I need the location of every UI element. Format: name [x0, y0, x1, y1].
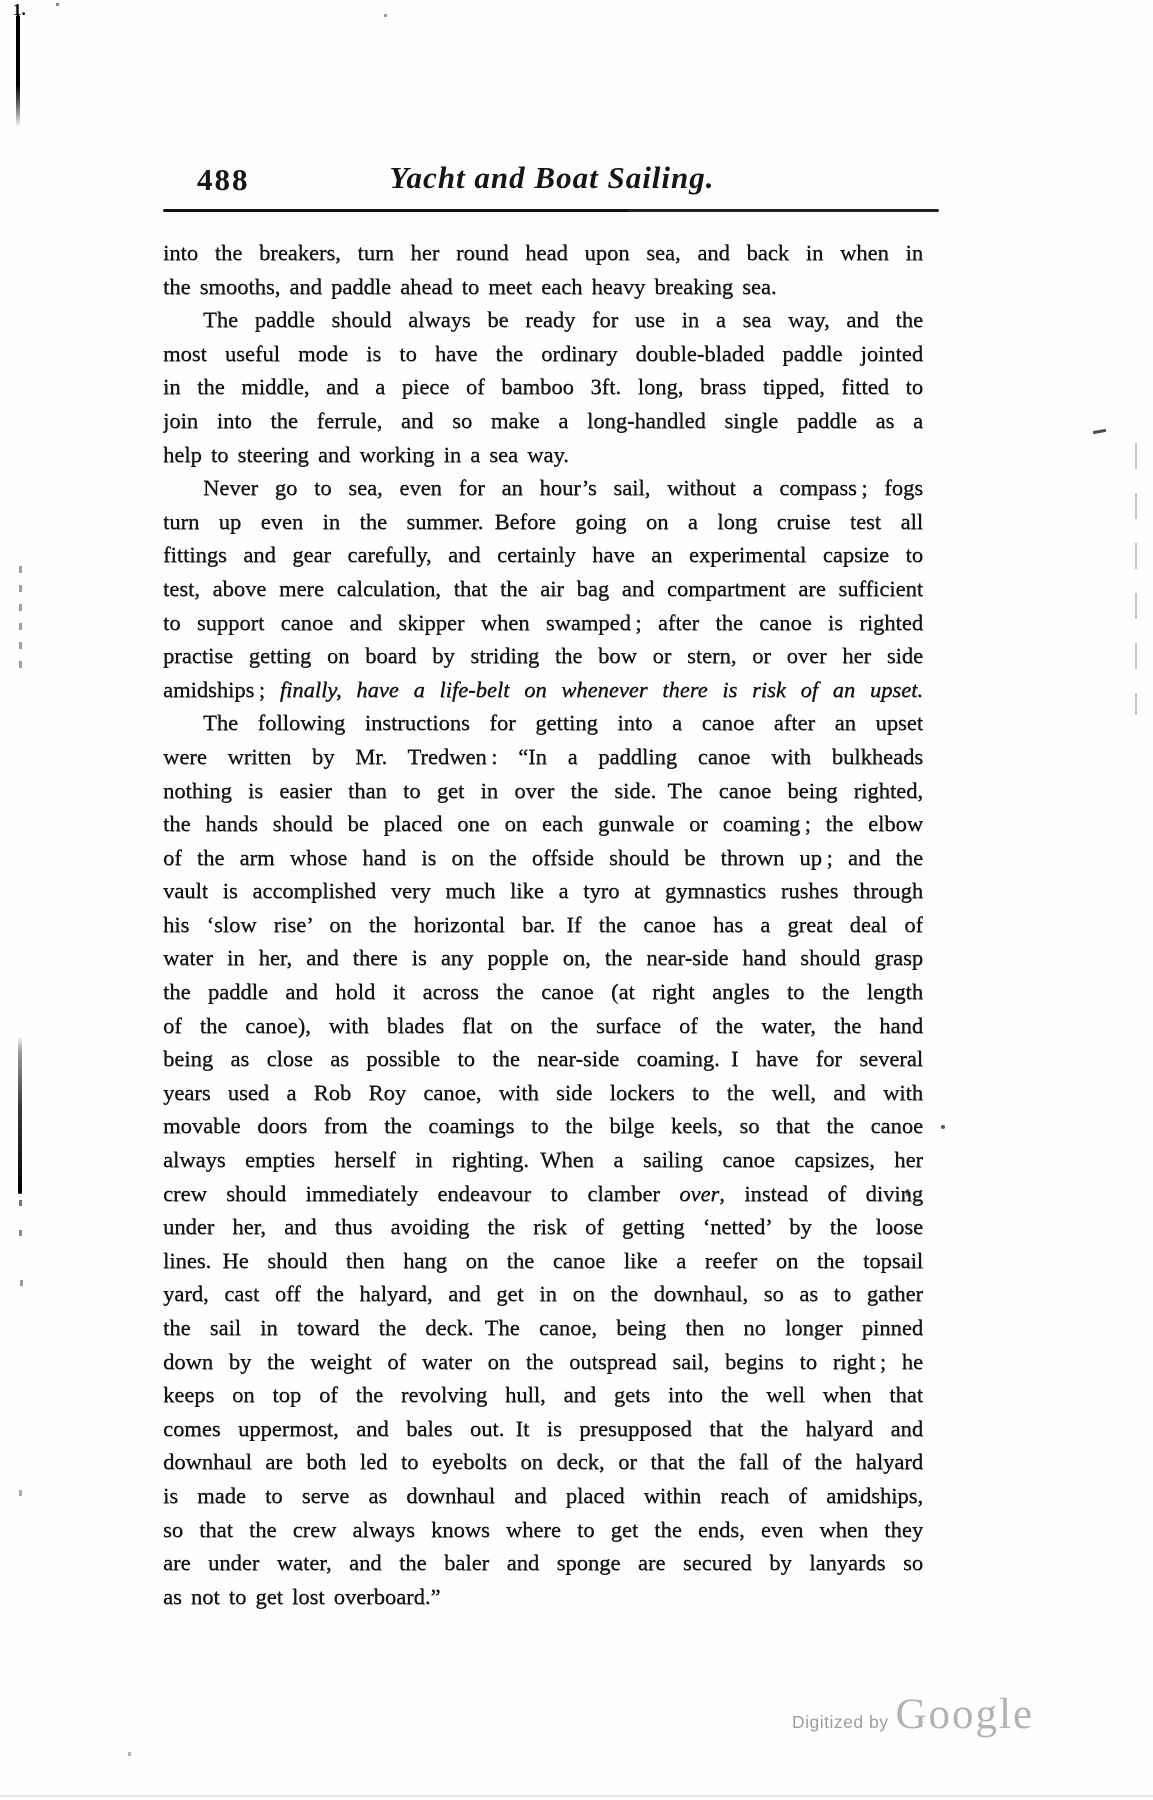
scan-artifact-dot	[128, 1752, 131, 1756]
text-line: were written by Mr. Tredwen : “In a padd…	[163, 740, 923, 774]
scan-artifact-streak	[18, 1036, 22, 1194]
text-line: crew should immediately endeavour to cla…	[163, 1177, 923, 1211]
text-line: of the canoe), with blades flat on the s…	[163, 1009, 923, 1043]
scan-artifact-streak	[16, 15, 20, 127]
text-line: of the arm whose hand is on the offside …	[163, 841, 923, 875]
scan-artifact-dot	[56, 3, 59, 6]
scan-artifact-dash	[1093, 429, 1106, 434]
header-rule	[163, 209, 939, 212]
google-watermark: Digitized by Google	[792, 1690, 1034, 1739]
page-text: into the breakers, turn her round head u…	[163, 236, 923, 1613]
scan-artifact-specks	[19, 1200, 22, 1206]
text-line: years used a Rob Roy canoe, with side lo…	[163, 1076, 923, 1110]
text-line: the sail in toward the deck. The canoe, …	[163, 1311, 923, 1345]
text-line: as not to get lost overboard.”	[163, 1580, 923, 1614]
text-segment: amidships ;	[163, 677, 280, 702]
text-line: The following instructions for getting i…	[163, 706, 923, 740]
text-line: so that the crew always knows where to g…	[163, 1513, 923, 1547]
scan-edge-line	[0, 1795, 1153, 1797]
text-line: in the middle, and a piece of bamboo 3ft…	[163, 370, 923, 404]
text-line: comes uppermost, and bales out. It is pr…	[163, 1412, 923, 1446]
digitized-by-label: Digitized by	[792, 1712, 888, 1733]
text-segment-italic: finally, have a life-belt on whenever th…	[280, 677, 923, 702]
text-line: being as close as possible to the near-s…	[163, 1042, 923, 1076]
text-line: his ‘slow rise’ on the horizontal bar. I…	[163, 908, 923, 942]
text-line: the paddle and hold it across the canoe …	[163, 975, 923, 1009]
text-line: yard, cast off the halyard, and get in o…	[163, 1277, 923, 1311]
text-line: is made to serve as downhaul and placed …	[163, 1479, 923, 1513]
text-line: always empties herself in righting. When…	[163, 1143, 923, 1177]
text-line: turn up even in the summer. Before going…	[163, 505, 923, 539]
text-line: join into the ferrule, and so make a lon…	[163, 404, 923, 438]
text-line: keeps on top of the revolving hull, and …	[163, 1378, 923, 1412]
text-line: the smooths, and paddle ahead to meet ea…	[163, 270, 923, 304]
text-line: vault is accomplished very much like a t…	[163, 874, 923, 908]
page-header: 488 Yacht and Boat Sailing.	[163, 160, 941, 198]
scan-artifact-margin-dashes	[1135, 443, 1137, 715]
text-line: down by the weight of water on the outsp…	[163, 1345, 923, 1379]
scan-artifact-dot	[941, 1125, 945, 1129]
text-line: nothing is easier than to get in over th…	[163, 774, 923, 808]
google-logo: Google	[895, 1690, 1034, 1739]
text-line: lines. He should then hang on the canoe …	[163, 1244, 923, 1278]
running-title: Yacht and Boat Sailing.	[163, 160, 941, 196]
text-line: help to steering and working in a sea wa…	[163, 438, 923, 472]
text-line: most useful mode is to have the ordinary…	[163, 337, 923, 371]
text-line: movable doors from the coamings to the b…	[163, 1109, 923, 1143]
text-line: The paddle should always be ready for us…	[163, 303, 923, 337]
text-line: downhaul are both led to eyebolts on dec…	[163, 1445, 923, 1479]
text-line: test, above mere calculation, that the a…	[163, 572, 923, 606]
text-line: amidships ; finally, have a life-belt on…	[163, 673, 923, 707]
scan-artifact-ticks	[19, 566, 22, 680]
text-line: practise getting on board by striding th…	[163, 639, 923, 673]
text-line: to support canoe and skipper when swampe…	[163, 606, 923, 640]
text-line: the hands should be placed one on each g…	[163, 807, 923, 841]
text-line: are under water, and the baler and spong…	[163, 1546, 923, 1580]
book-page: 1. 488 Yacht and Boat Sailing. into the …	[0, 0, 1153, 1800]
text-line: water in her, and there is any popple on…	[163, 941, 923, 975]
scan-artifact-dot	[384, 14, 387, 17]
text-segment-italic: over	[679, 1181, 719, 1206]
text-segment: , instead of diving	[719, 1181, 923, 1206]
text-line: into the breakers, turn her round head u…	[163, 236, 923, 270]
text-segment: crew should immediately endeavour to cla…	[163, 1181, 679, 1206]
text-line: under her, and thus avoiding the risk of…	[163, 1210, 923, 1244]
text-line: Never go to sea, even for an hour’s sail…	[163, 471, 923, 505]
text-line: fittings and gear carefully, and certain…	[163, 538, 923, 572]
